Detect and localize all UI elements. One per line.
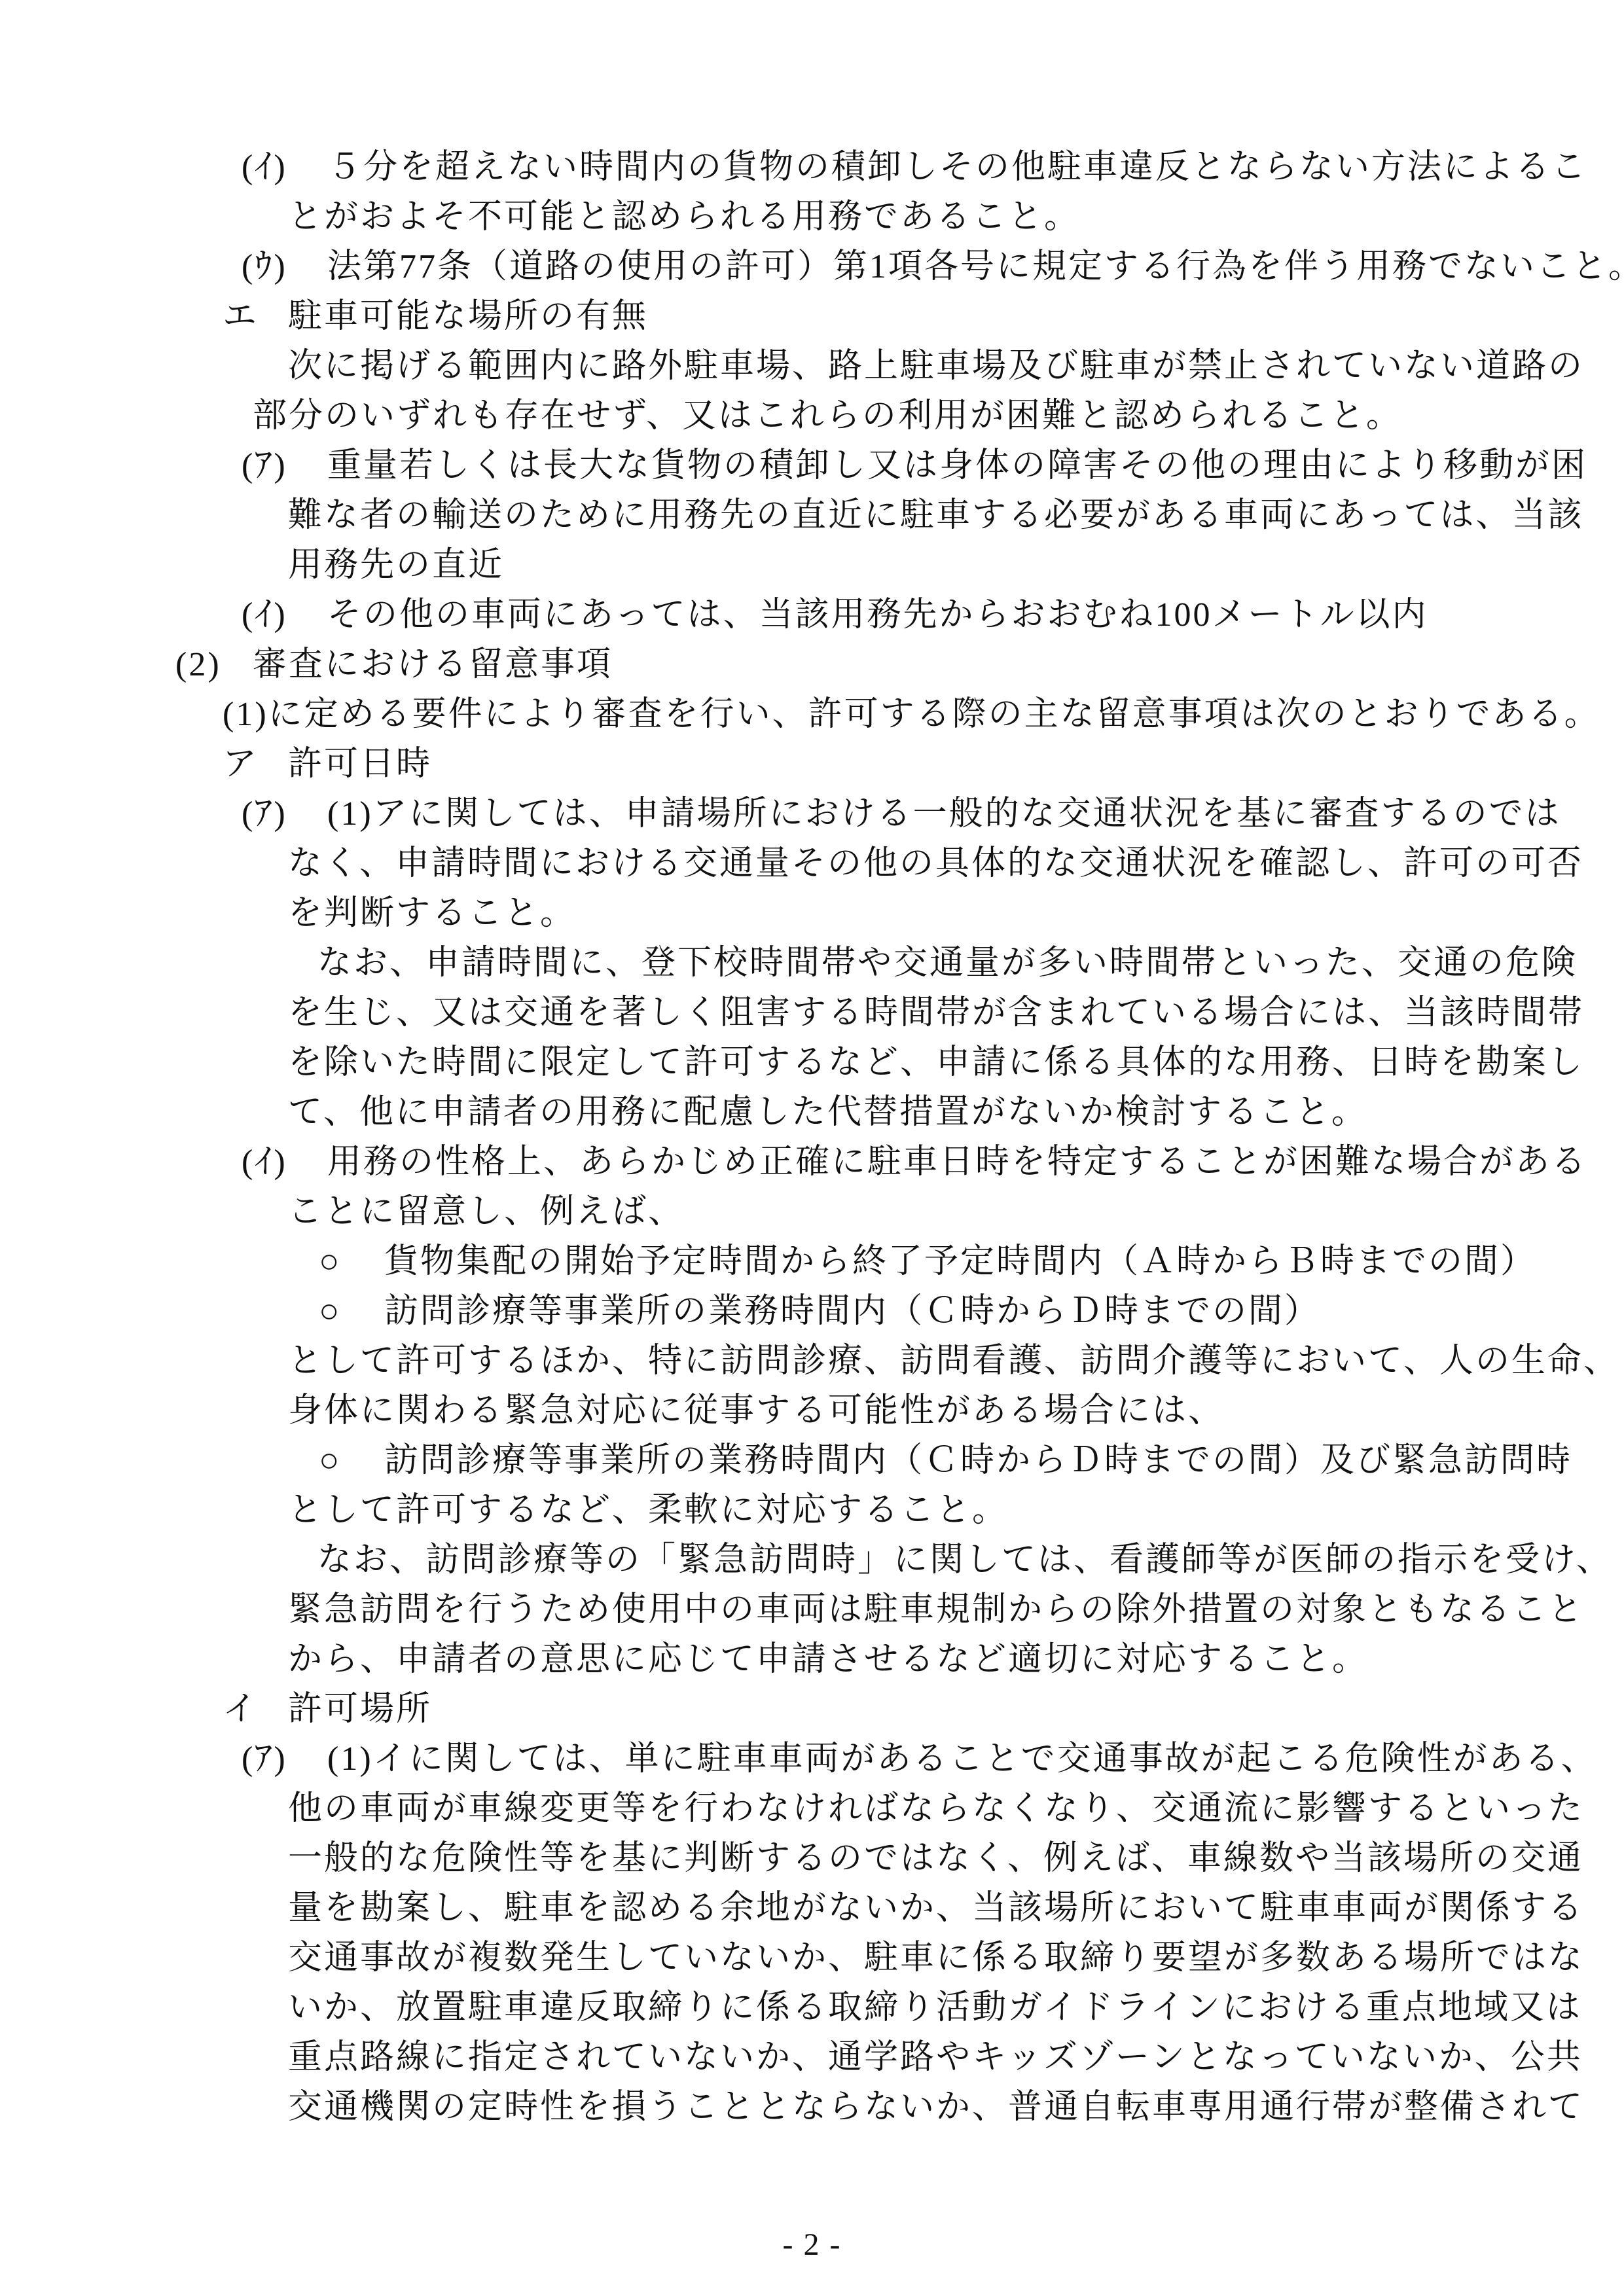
circle-bullet: ○ <box>319 1436 384 1486</box>
text-line: (ｲ)その他の車両にあっては、当該用務先からおおむね100メートル以内 <box>0 590 1624 640</box>
line-text: 身体に関わる緊急対応に従事する可能性がある場合には、 <box>288 1392 1224 1429</box>
line-text: 部分のいずれも存在せず、又はこれらの利用が困難と認められること。 <box>253 397 1402 435</box>
document-text-block: (ｲ)５分を超えない時間内の貨物の積卸しその他駐車違反とならない方法によるこ と… <box>0 143 1624 2132</box>
line-text: 用務先の直近 <box>288 547 504 584</box>
line-text: 重点路線に指定されていないか、通学路やキッズゾーンとなっていないか、公共 <box>288 2039 1583 2076</box>
text-line: 重点路線に指定されていないか、通学路やキッズゾーンとなっていないか、公共 <box>0 2033 1624 2083</box>
text-line: (ｲ)用務の性格上、あらかじめ正確に駐車日時を特定することが困難な場合がある <box>0 1138 1624 1187</box>
text-line: 身体に関わる緊急対応に従事する可能性がある場合には、 <box>0 1386 1624 1436</box>
item-marker: (2) <box>175 640 253 690</box>
text-line: (ｱ)重量若しくは長大な貨物の積卸し又は身体の障害その他の理由により移動が困 <box>0 441 1624 491</box>
line-text: て、他に申請者の用務に配慮した代替措置がないか検討すること。 <box>288 1094 1367 1131</box>
line-text: ５分を超えない時間内の貨物の積卸しその他駐車違反とならない方法によるこ <box>327 149 1587 186</box>
line-text: 許可場所 <box>288 1691 432 1728</box>
line-text: 訪問診療等事業所の業務時間内（Ｃ時からＤ時までの間） <box>384 1293 1320 1330</box>
text-line: (1)に定める要件により審査を行い、許可する際の主な留意事項は次のとおりである。 <box>0 690 1624 740</box>
line-text: として許可するなど、柔軟に対応すること。 <box>288 1492 1008 1529</box>
line-text: として許可するほか、特に訪問診療、訪問看護、訪問介護等において、人の生命、 <box>288 1342 1619 1380</box>
item-marker: イ <box>223 1685 288 1734</box>
text-line: なく、申請時間における交通量その他の具体的な交通状況を確認し、許可の可否 <box>0 839 1624 889</box>
item-marker: (ｲ) <box>242 143 327 192</box>
item-marker: (ｱ) <box>242 789 327 839</box>
line-text: を判断すること。 <box>288 895 576 932</box>
item-marker: (ｱ) <box>242 441 327 491</box>
text-line: ことに留意し、例えば、 <box>0 1187 1624 1237</box>
line-text: 他の車両が車線変更等を行わなければならなくなり、交通流に影響するといった <box>288 1790 1584 1827</box>
text-line: て、他に申請者の用務に配慮した代替措置がないか検討すること。 <box>0 1088 1624 1138</box>
text-line: から、申請者の意思に応じて申請させるなど適切に対応すること。 <box>0 1635 1624 1685</box>
line-text: (1)イに関しては、単に駐車車両があることで交通事故が起こる危険性がある、 <box>327 1740 1597 1778</box>
text-line: (ｱ)(1)アに関しては、申請場所における一般的な交通状況を基に審査するのでは <box>0 789 1624 839</box>
line-text: 重量若しくは長大な貨物の積卸し又は身体の障害その他の理由により移動が困 <box>327 447 1587 484</box>
text-line: 部分のいずれも存在せず、又はこれらの利用が困難と認められること。 <box>0 391 1624 441</box>
text-line: ア許可日時 <box>0 740 1624 789</box>
line-text: 量を勘案し、駐車を認める余地がないか、当該場所において駐車車両が関係する <box>288 1890 1584 1927</box>
text-line: イ許可場所 <box>0 1685 1624 1734</box>
text-line: とがおよそ不可能と認められる用務であること。 <box>0 192 1624 242</box>
line-text: 許可日時 <box>288 745 432 783</box>
circle-bullet: ○ <box>319 1287 384 1336</box>
text-line: ○訪問診療等事業所の業務時間内（Ｃ時からＤ時までの間）及び緊急訪問時 <box>0 1436 1624 1486</box>
line-text: を除いた時間に限定して許可するなど、申請に係る具体的な用務、日時を勘案し <box>288 1044 1584 1081</box>
line-text: 駐車可能な場所の有無 <box>288 298 648 335</box>
text-line: (2)審査における留意事項 <box>0 640 1624 690</box>
text-line: 量を勘案し、駐車を認める余地がないか、当該場所において駐車車両が関係する <box>0 1884 1624 1933</box>
line-text: 交通機関の定時性を損うこととならないか、普通自転車専用通行帯が整備されて <box>288 2089 1584 2126</box>
line-text: 難な者の輸送のために用務先の直近に駐車する必要がある車両にあっては、当該 <box>288 497 1583 534</box>
text-line: を除いた時間に限定して許可するなど、申請に係る具体的な用務、日時を勘案し <box>0 1038 1624 1088</box>
line-text: 審査における留意事項 <box>253 646 613 683</box>
circle-bullet: ○ <box>319 1237 384 1287</box>
line-text: 訪問診療等事業所の業務時間内（Ｃ時からＤ時までの間）及び緊急訪問時 <box>384 1442 1572 1479</box>
page-number: - 2 - <box>0 2222 1624 2268</box>
item-marker: ア <box>223 740 288 789</box>
text-line: 用務先の直近 <box>0 541 1624 590</box>
text-line: ○貨物集配の開始予定時間から終了予定時間内（Ａ時からＢ時までの間） <box>0 1237 1624 1287</box>
text-line: (ｱ)(1)イに関しては、単に駐車車両があることで交通事故が起こる危険性がある、 <box>0 1734 1624 1784</box>
line-text: 次に掲げる範囲内に路外駐車場、路上駐車場及び駐車が禁止されていない道路の <box>288 348 1584 385</box>
line-text: ことに留意し、例えば、 <box>288 1193 684 1230</box>
line-text: 交通事故が複数発生していないか、駐車に係る取締り要望が多数ある場所ではな <box>288 1939 1584 1977</box>
text-line: 緊急訪問を行うため使用中の車両は駐車規制からの除外措置の対象ともなること <box>0 1585 1624 1635</box>
text-line: いか、放置駐車違反取締りに係る取締り活動ガイドラインにおける重点地域又は <box>0 1983 1624 2033</box>
text-line: 交通事故が複数発生していないか、駐車に係る取締り要望が多数ある場所ではな <box>0 1933 1624 1983</box>
line-text: その他の車両にあっては、当該用務先からおおむね100メートル以内 <box>327 596 1428 634</box>
text-line: ○訪問診療等事業所の業務時間内（Ｃ時からＤ時までの間） <box>0 1287 1624 1336</box>
line-text: 法第77条（道路の使用の許可）第1項各号に規定する行為を伴う用務でないこと。 <box>327 248 1624 285</box>
line-text: なく、申請時間における交通量その他の具体的な交通状況を確認し、許可の可否 <box>288 845 1583 882</box>
text-line: として許可するなど、柔軟に対応すること。 <box>0 1486 1624 1535</box>
text-line: エ駐車可能な場所の有無 <box>0 292 1624 342</box>
line-text: いか、放置駐車違反取締りに係る取締り活動ガイドラインにおける重点地域又は <box>288 1989 1582 2026</box>
text-line: 一般的な危険性等を基に判断するのではなく、例えば、車線数や当該場所の交通 <box>0 1834 1624 1884</box>
line-text: 貨物集配の開始予定時間から終了予定時間内（Ａ時からＢ時までの間） <box>384 1243 1536 1280</box>
text-line: 交通機関の定時性を損うこととならないか、普通自転車専用通行帯が整備されて <box>0 2083 1624 2132</box>
text-line: (ｲ)５分を超えない時間内の貨物の積卸しその他駐車違反とならない方法によるこ <box>0 143 1624 192</box>
text-line: を生じ、又は交通を著しく阻害する時間帯が含まれている場合には、当該時間帯 <box>0 988 1624 1038</box>
text-line: なお、訪問診療等の「緊急訪問時」に関しては、看護師等が医師の指示を受け、 <box>0 1535 1624 1585</box>
item-marker: (ｳ) <box>242 242 327 292</box>
line-text: 用務の性格上、あらかじめ正確に駐車日時を特定することが困難な場合がある <box>327 1143 1587 1181</box>
item-marker: エ <box>223 292 288 342</box>
line-text: なお、訪問診療等の「緊急訪問時」に関しては、看護師等が医師の指示を受け、 <box>317 1541 1612 1579</box>
text-line: なお、申請時間に、登下校時間帯や交通量が多い時間帯といった、交通の危険 <box>0 939 1624 988</box>
line-text: とがおよそ不可能と認められる用務であること。 <box>288 198 1080 236</box>
text-line: として許可するほか、特に訪問診療、訪問看護、訪問介護等において、人の生命、 <box>0 1336 1624 1386</box>
line-text: 緊急訪問を行うため使用中の車両は駐車規制からの除外措置の対象ともなること <box>288 1591 1584 1628</box>
line-text: 一般的な危険性等を基に判断するのではなく、例えば、車線数や当該場所の交通 <box>288 1840 1583 1877</box>
item-marker: (ｲ) <box>242 590 327 640</box>
line-text: (1)に定める要件により審査を行い、許可する際の主な留意事項は次のとおりである。 <box>223 696 1600 733</box>
line-text: なお、申請時間に、登下校時間帯や交通量が多い時間帯といった、交通の危険 <box>317 944 1578 982</box>
line-text: から、申請者の意思に応じて申請させるなど適切に対応すること。 <box>288 1641 1368 1678</box>
item-marker: (ｱ) <box>242 1734 327 1784</box>
line-text: (1)アに関しては、申請場所における一般的な交通状況を基に審査するのでは <box>327 795 1561 833</box>
line-text: を生じ、又は交通を著しく阻害する時間帯が含まれている場合には、当該時間帯 <box>288 994 1584 1031</box>
document-page: (ｲ)５分を超えない時間内の貨物の積卸しその他駐車違反とならない方法によるこ と… <box>0 0 1624 2296</box>
text-line: を判断すること。 <box>0 889 1624 939</box>
text-line: 次に掲げる範囲内に路外駐車場、路上駐車場及び駐車が禁止されていない道路の <box>0 342 1624 391</box>
item-marker: (ｲ) <box>242 1138 327 1187</box>
text-line: 他の車両が車線変更等を行わなければならなくなり、交通流に影響するといった <box>0 1784 1624 1834</box>
text-line: (ｳ)法第77条（道路の使用の許可）第1項各号に規定する行為を伴う用務でないこと… <box>0 242 1624 292</box>
text-line: 難な者の輸送のために用務先の直近に駐車する必要がある車両にあっては、当該 <box>0 491 1624 541</box>
